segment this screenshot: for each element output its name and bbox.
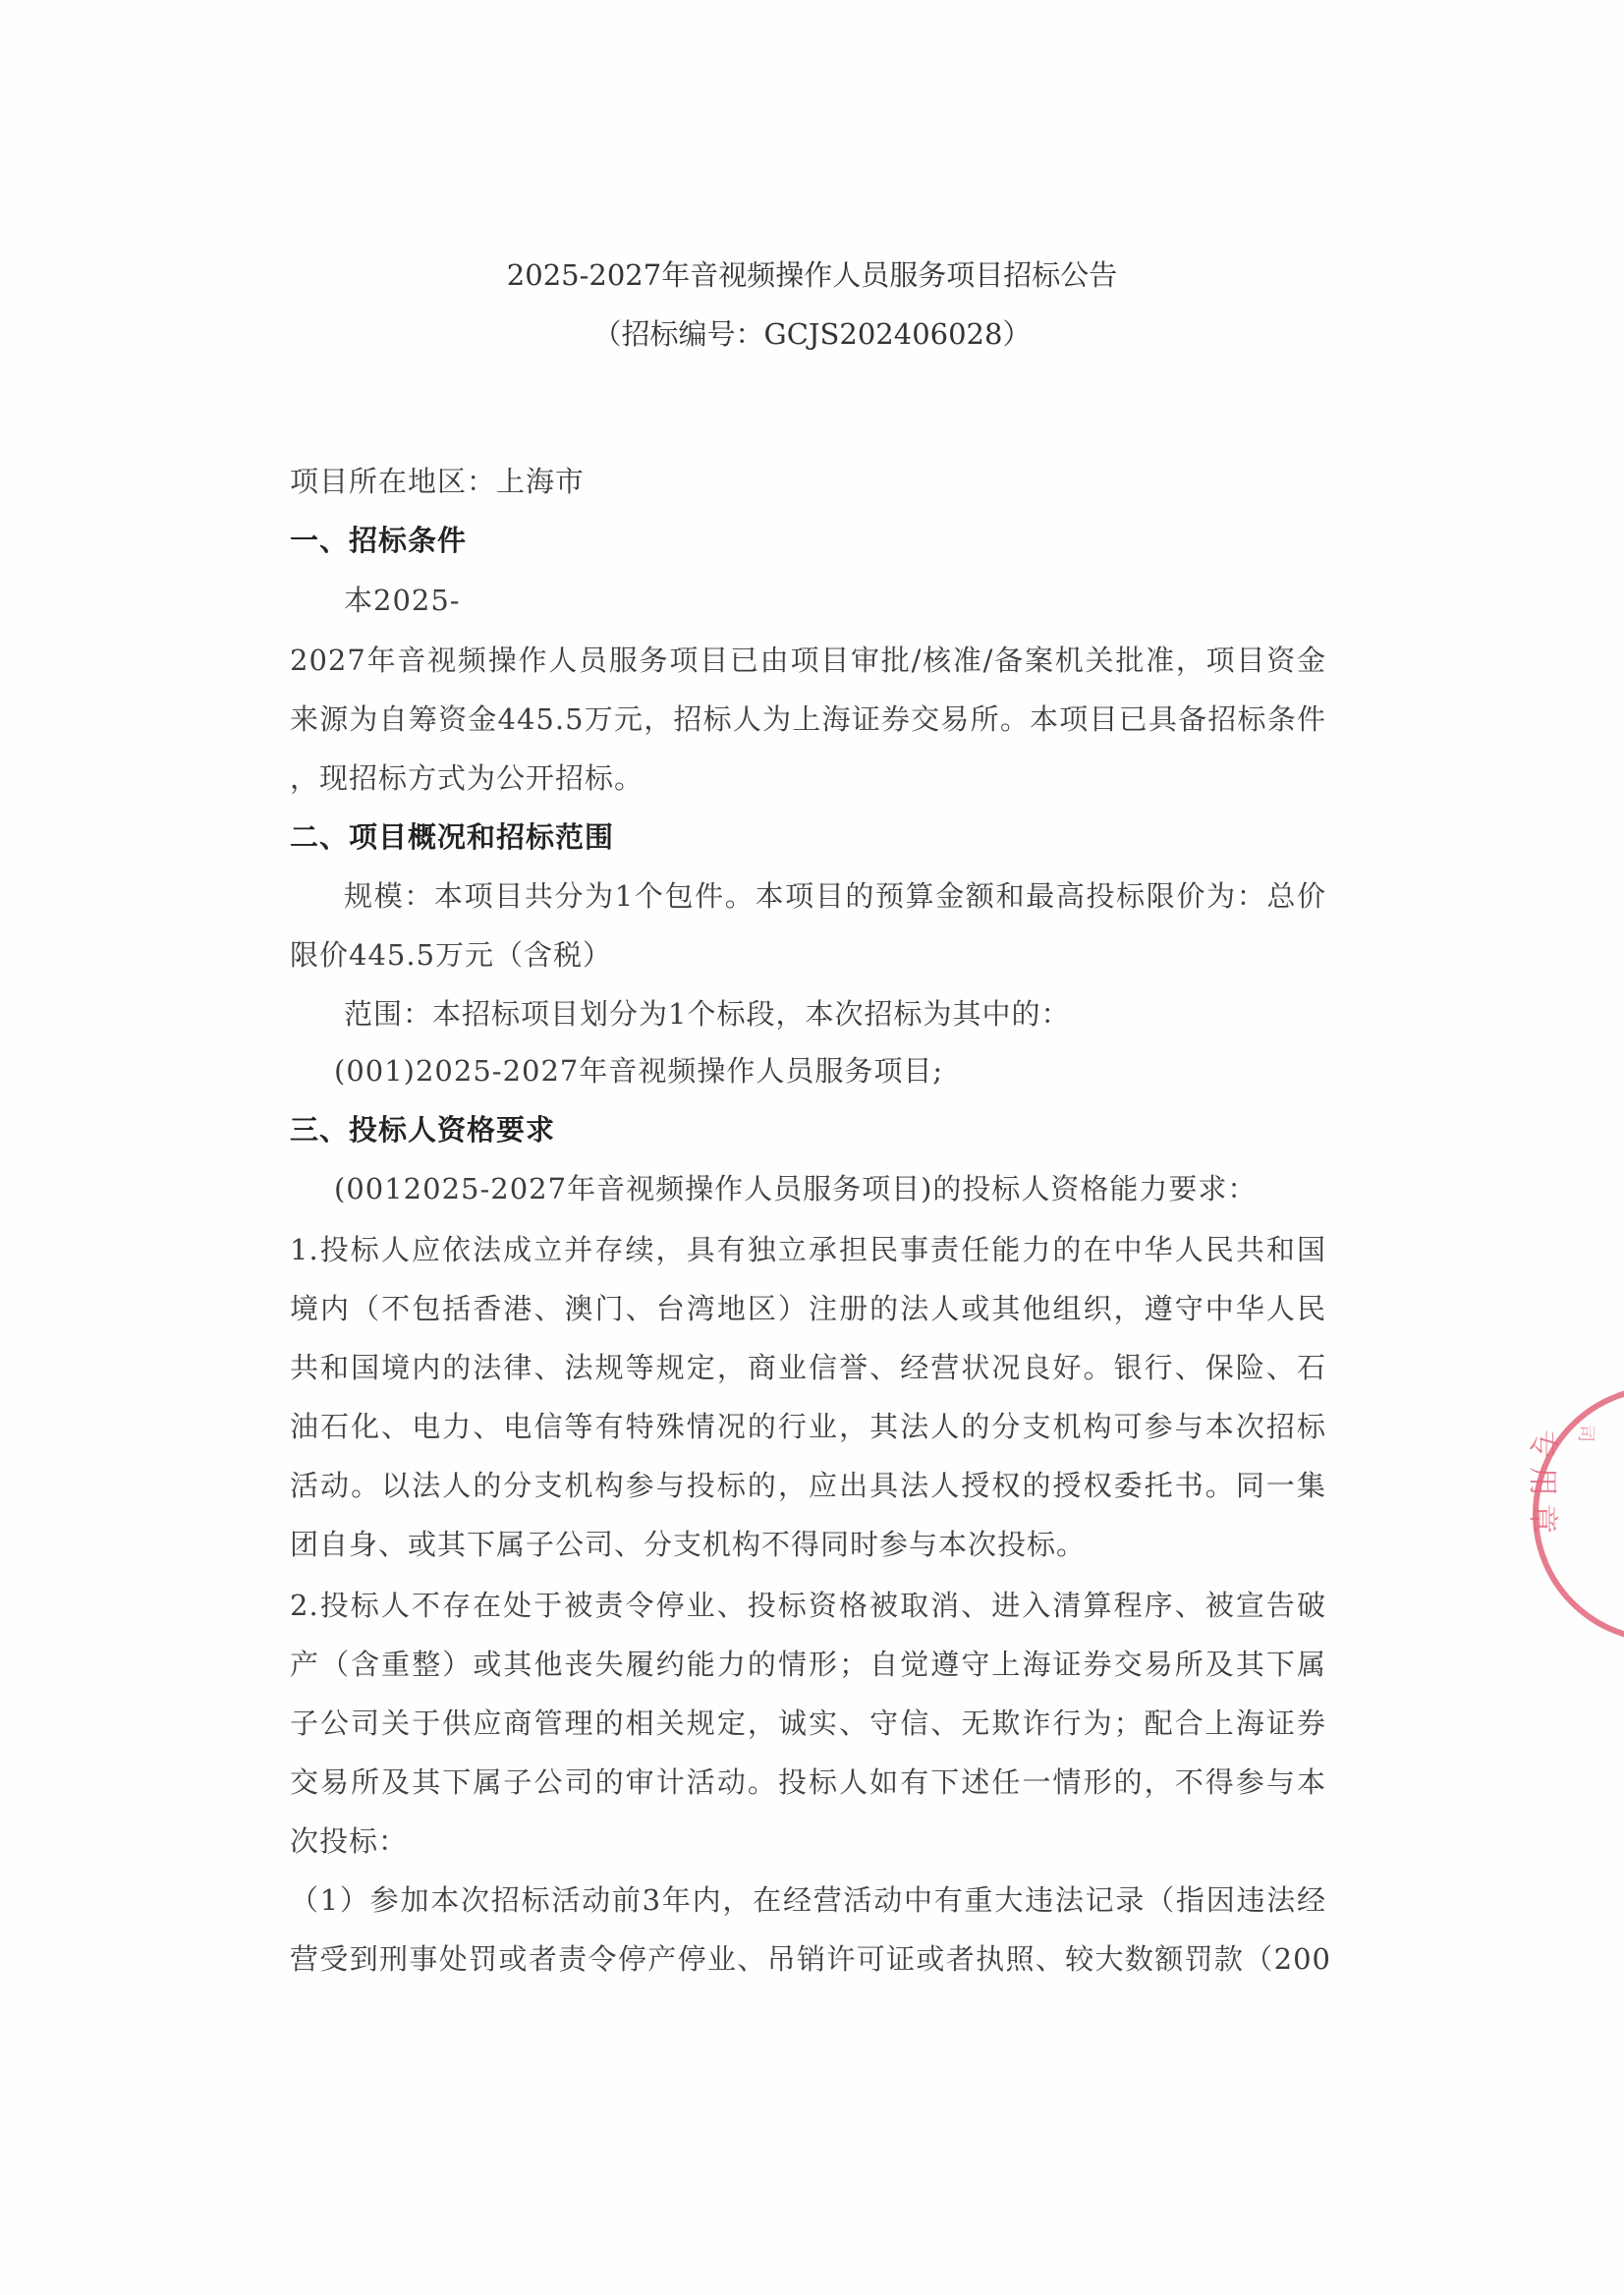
paragraph-line: 子公司关于供应商管理的相关规定，诚实、守信、无欺诈行为；配合上海证券: [290, 1702, 1326, 1742]
paragraph-line: 境内（不包括香港、澳门、台湾地区）注册的法人或其他组织，遵守中华人民: [290, 1287, 1326, 1327]
section-heading-project-overview: 二、项目概况和招标范围: [290, 815, 614, 856]
paragraph-line: 限价445.5万元（含税）: [290, 933, 612, 974]
seal-partial-text: 司: [1574, 1425, 1599, 1442]
paragraph-line: 交易所及其下属子公司的审计活动。投标人如有下述任一情形的，不得参与本: [290, 1761, 1326, 1801]
paragraph-line: 来源为自筹资金445.5万元，招标人为上海证券交易所。本项目已具备招标条件: [290, 698, 1326, 738]
seal-text: 专用章: [1524, 1429, 1567, 1541]
paragraph-line: 次投标：: [290, 1819, 408, 1860]
paragraph-line: 2.投标人不存在处于被责令停业、投标资格被取消、进入清算程序、被宣告破: [290, 1584, 1326, 1624]
section-heading-bidder-qualifications: 三、投标人资格要求: [290, 1108, 555, 1148]
paragraph-line: 1.投标人应依法成立并存续，具有独立承担民事责任能力的在中华人民共和国: [290, 1228, 1326, 1268]
paragraph-line: 油石化、电力、电信等有特殊情况的行业，其法人的分支机构可参与本次招标: [290, 1405, 1326, 1445]
paragraph-line: 营受到刑事处罚或者责令停产停业、吊销许可证或者执照、较大数额罚款（200: [290, 1937, 1331, 1978]
paragraph-line: 规模：本项目共分为1个包件。本项目的预算金额和最高投标限价为：总价: [344, 874, 1326, 915]
paragraph-line: 共和国境内的法律、法规等规定，商业信誉、经营状况良好。银行、保险、石: [290, 1346, 1326, 1386]
paragraph-line: 2027年音视频操作人员服务项目已由项目审批/核准/备案机关批准，项目资金: [290, 639, 1326, 679]
project-location: 项目所在地区：上海市: [290, 460, 585, 500]
paragraph-line: 团自身、或其下属子公司、分支机构不得同时参与本次投标。: [290, 1523, 1086, 1563]
document-page: 2025-2027年音视频操作人员服务项目招标公告 （招标编号：GCJS2024…: [0, 0, 1624, 2295]
paragraph-line: 活动。以法人的分支机构参与投标的，应出具法人授权的授权委托书。同一集: [290, 1464, 1326, 1504]
tender-number: （招标编号：GCJS202406028）: [0, 312, 1624, 353]
paragraph-line: （1）参加本次招标活动前3年内，在经营活动中有重大违法记录（指因违法经: [290, 1878, 1326, 1919]
paragraph-line: (0012025-2027年音视频操作人员服务项目)的投标人资格能力要求：: [334, 1167, 1257, 1207]
document-title: 2025-2027年音视频操作人员服务项目招标公告: [0, 253, 1624, 294]
paragraph-line: 本2025-: [344, 579, 461, 619]
section-heading-tender-conditions: 一、招标条件: [290, 519, 467, 559]
paragraph-line: ，现招标方式为公开招标。: [290, 756, 644, 797]
paragraph-line: 产（含重整）或其他丧失履约能力的情形；自觉遵守上海证券交易所及其下属: [290, 1643, 1326, 1683]
paragraph-line: 范围：本招标项目划分为1个标段，本次招标为其中的：: [344, 992, 1070, 1033]
paragraph-line: (001)2025-2027年音视频操作人员服务项目;: [334, 1049, 943, 1090]
